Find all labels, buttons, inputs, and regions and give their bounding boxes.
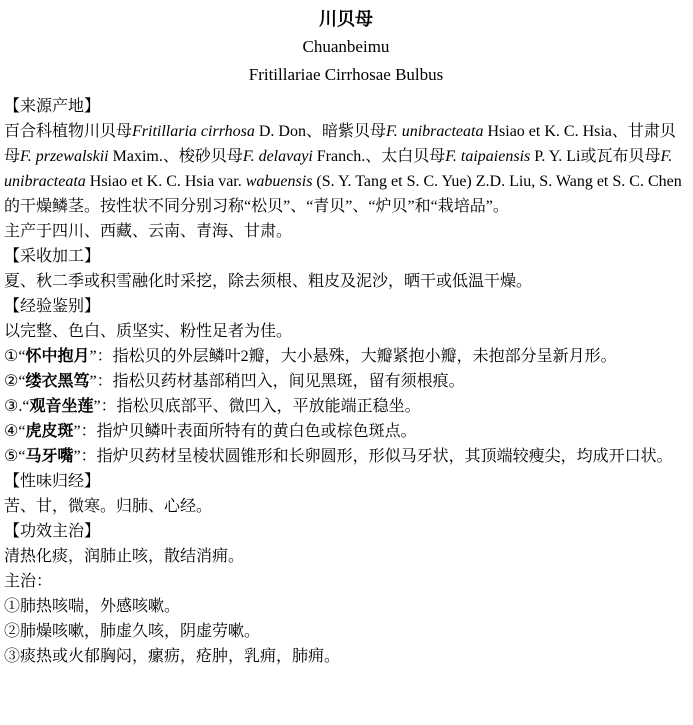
term-bold: 虎皮斑 xyxy=(25,423,73,440)
paragraph: 百合科植物川贝母Fritillaria cirrhosa D. Don、暗紫贝母… xyxy=(4,119,688,219)
text-run: Hsiao et K. C. Hsia var. xyxy=(86,173,246,190)
text-run: 夏、秋二季或积雪融化时采挖，除去须根、粗皮及泥沙，晒干或低温干燥。 xyxy=(4,273,532,290)
text-run: ”：指炉贝药材呈棱状圆锥形和长卵圆形，形似马牙状，其顶端较瘦尖，均成开口状。 xyxy=(73,448,672,465)
paragraph: ④“虎皮斑”：指炉贝鳞叶表面所特有的黄白色或棕色斑点。 xyxy=(4,419,688,444)
latin-name-italic: F. unibracteata xyxy=(386,123,483,140)
term-bold: 马牙嘴 xyxy=(25,448,73,465)
text-run: ②“ xyxy=(4,373,25,390)
title-pinyin: Chuanbeimu xyxy=(4,33,688,60)
text-run: 主治： xyxy=(4,573,52,590)
paragraph: 夏、秋二季或积雪融化时采挖，除去须根、粗皮及泥沙，晒干或低温干燥。 xyxy=(4,269,688,294)
text-run: 百合科植物川贝母 xyxy=(4,123,132,140)
text-run: ④“ xyxy=(4,423,25,440)
text-run: D. Don、暗紫贝母 xyxy=(255,123,386,140)
paragraph: 苦、甘，微寒。归肺、心经。 xyxy=(4,494,688,519)
text-run: 苦、甘，微寒。归肺、心经。 xyxy=(4,498,212,515)
latin-name-italic: F. delavayi xyxy=(243,148,313,165)
paragraph: ③.“观音坐莲”：指松贝底部平、微凹入，平放能端正稳坐。 xyxy=(4,394,688,419)
paragraph: 主产于四川、西藏、云南、青海、甘肃。 xyxy=(4,219,688,244)
section-heading: 【采收加工】 xyxy=(4,244,688,269)
text-run: 清热化痰，润肺止咳，散结消痈。 xyxy=(4,548,244,565)
text-run: ⑤“ xyxy=(4,448,25,465)
text-run: ①“ xyxy=(4,348,25,365)
text-run: ①肺热咳喘，外感咳嗽。 xyxy=(4,598,180,615)
text-run: ”：指松贝底部平、微凹入，平放能端正稳坐。 xyxy=(93,398,420,415)
text-run: ”：指炉贝鳞叶表面所特有的黄白色或棕色斑点。 xyxy=(73,423,416,440)
text-run: ③痰热或火郁胸闷，瘰疬，疮肿，乳痈，肺痈。 xyxy=(4,648,340,665)
term-bold: 观音坐莲 xyxy=(29,398,93,415)
text-run: Franch.、太白贝母 xyxy=(313,148,445,165)
term-bold: 怀中抱月 xyxy=(25,348,89,365)
paragraph: 以完整、色白、质坚实、粉性足者为佳。 xyxy=(4,319,688,344)
page-title: 川贝母 xyxy=(4,6,688,32)
paragraph: ①肺热咳喘，外感咳嗽。 xyxy=(4,594,688,619)
text-run: ”：指松贝的外层鳞叶2瓣，大小悬殊，大瓣紧抱小瓣，未抱部分呈新月形。 xyxy=(89,348,616,365)
text-run: 主产于四川、西藏、云南、青海、甘肃。 xyxy=(4,223,292,240)
text-run: ③.“ xyxy=(4,398,29,415)
document: 川贝母 Chuanbeimu Fritillariae Cirrhosae Bu… xyxy=(0,0,693,725)
paragraph: ⑤“马牙嘴”：指炉贝药材呈棱状圆锥形和长卵圆形，形似马牙状，其顶端较瘦尖，均成开… xyxy=(4,444,688,469)
latin-name-italic: F. taipaiensis xyxy=(445,148,530,165)
paragraph: ②“缕衣黑笃”：指松贝药材基部稍凹入，间见黑斑，留有须根痕。 xyxy=(4,369,688,394)
section-heading: 【经验鉴别】 xyxy=(4,294,688,319)
text-run: P. Y. Li或瓦布贝母 xyxy=(530,148,660,165)
latin-name-italic: F. przewalskii xyxy=(20,148,109,165)
section-heading: 【来源产地】 xyxy=(4,94,688,119)
latin-name-italic: Fritillaria cirrhosa xyxy=(132,123,255,140)
text-run: 以完整、色白、质坚实、粉性足者为佳。 xyxy=(4,323,292,340)
paragraph: ①“怀中抱月”：指松贝的外层鳞叶2瓣，大小悬殊，大瓣紧抱小瓣，未抱部分呈新月形。 xyxy=(4,344,688,369)
term-bold: 缕衣黑笃 xyxy=(25,373,89,390)
paragraph: ②肺燥咳嗽，肺虚久咳，阴虚劳嗽。 xyxy=(4,619,688,644)
paragraph: ③痰热或火郁胸闷，瘰疬，疮肿，乳痈，肺痈。 xyxy=(4,644,688,669)
sections-container: 【来源产地】百合科植物川贝母Fritillaria cirrhosa D. Do… xyxy=(4,94,688,669)
paragraph: 主治： xyxy=(4,569,688,594)
section-heading: 【功效主治】 xyxy=(4,519,688,544)
text-run: Maxim.、梭砂贝母 xyxy=(109,148,243,165)
section-heading: 【性味归经】 xyxy=(4,469,688,494)
text-run: ②肺燥咳嗽，肺虚久咳，阴虚劳嗽。 xyxy=(4,623,260,640)
title-latin: Fritillariae Cirrhosae Bulbus xyxy=(4,61,688,88)
text-run: ”：指松贝药材基部稍凹入，间见黑斑，留有须根痕。 xyxy=(89,373,464,390)
latin-name-italic: wabuensis xyxy=(246,173,313,190)
paragraph: 清热化痰，润肺止咳，散结消痈。 xyxy=(4,544,688,569)
